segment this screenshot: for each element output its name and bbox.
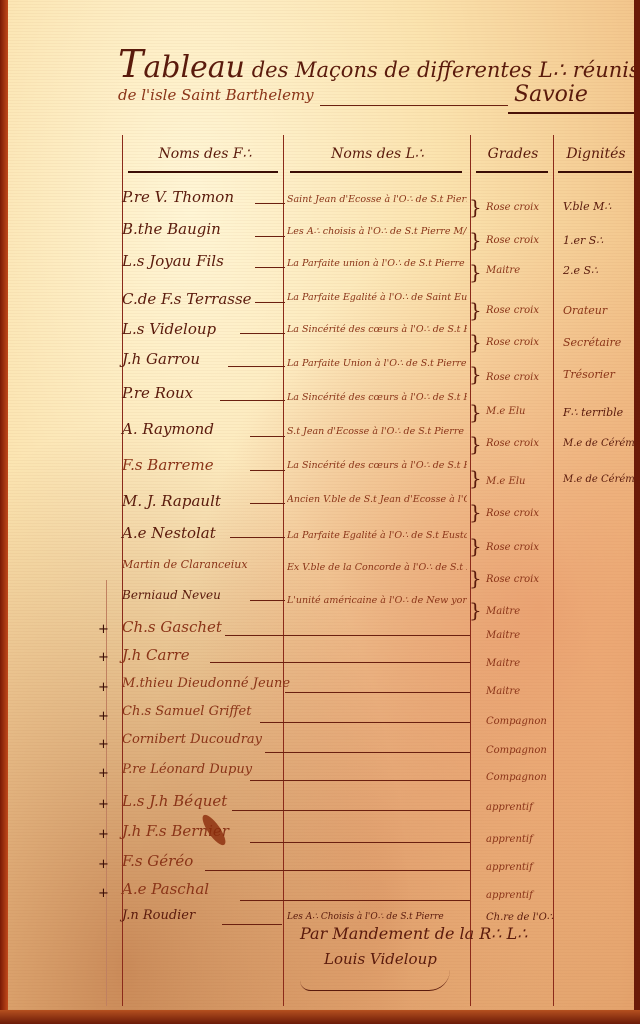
grade: Maitre — [486, 265, 520, 276]
brace: } — [469, 195, 482, 219]
dignity: M.e de Cérémo. — [563, 438, 634, 449]
lodge-name: S.t Jean d'Ecosse à l'O∴ de S.t Pierre M… — [287, 424, 467, 439]
plus-mark: + — [98, 650, 109, 665]
column-rule — [553, 135, 554, 1006]
grade: Ch.re de l'O∴ — [486, 912, 553, 923]
column-rule — [283, 135, 284, 1006]
page-edge — [0, 0, 8, 1024]
row-rule — [222, 924, 282, 925]
lodge-name: Ex V.ble de la Concorde à l'O∴ de S.t Eu… — [287, 560, 467, 575]
grade: apprentif — [486, 890, 533, 901]
header-underline — [290, 171, 462, 173]
grade: Compagnon — [486, 772, 547, 783]
brother-name: A.e Nestolat — [122, 524, 216, 542]
grade: Maitre — [486, 686, 520, 697]
lodge-name: La Sincérité des cœurs à l'O∴ de S.t Pie… — [287, 458, 467, 473]
divider — [320, 105, 508, 106]
grade: Rose croix — [486, 372, 539, 383]
brother-name: P.re V. Thomon — [122, 188, 234, 206]
grade: Maitre — [486, 630, 520, 641]
margin-rule — [106, 580, 107, 1006]
place-name: Savoie — [514, 82, 588, 107]
dignity: M.e de Cérémo. — [563, 474, 634, 485]
dignity: Secrétaire — [563, 336, 621, 349]
lodge-name: Ancien V.ble de S.t Jean d'Ecosse à l'O∴… — [287, 492, 467, 507]
row-rule — [250, 842, 470, 843]
grade: Maitre — [486, 606, 520, 617]
brace: } — [469, 500, 482, 524]
dignity: F∴ terrible — [563, 406, 623, 419]
brace: } — [469, 432, 482, 456]
grade: Maitre — [486, 658, 520, 669]
column-header-lodges: Noms des L∴ — [290, 146, 465, 162]
brother-name: Cornibert Ducoudray — [122, 732, 262, 747]
brother-name: L.s Joyau Fils — [122, 252, 224, 270]
row-rule — [250, 470, 285, 471]
dignity: Trésorier — [563, 368, 615, 381]
signature: Louis Videloup — [324, 950, 437, 968]
header-underline — [476, 171, 548, 173]
brother-name: Berniaud Neveu — [122, 588, 221, 602]
row-rule — [250, 600, 285, 601]
row-rule — [210, 662, 470, 663]
plus-mark: + — [98, 766, 109, 781]
grade: M.e Elu — [486, 406, 525, 417]
brother-name: A.e Paschal — [122, 880, 209, 898]
row-rule — [240, 900, 470, 901]
dignity: 2.e S∴ — [563, 264, 598, 277]
brace: } — [469, 534, 482, 558]
dignity: Orateur — [563, 304, 607, 317]
lodge-name: La Sincérité des cœurs à l'O∴ de S.t Pie… — [287, 322, 467, 337]
grade: Rose croix — [486, 574, 539, 585]
dignity: V.ble M∴ — [563, 200, 611, 213]
plus-mark: + — [98, 886, 109, 901]
document-subtitle: de l'isle Saint Barthelemy — [118, 86, 314, 104]
brother-name: Ch.s Samuel Griffet — [122, 704, 251, 719]
plus-mark: + — [98, 827, 109, 842]
brother-name: Ch.s Gaschet — [122, 618, 222, 636]
plus-mark: + — [98, 737, 109, 752]
brace: } — [469, 598, 482, 622]
mandate-text: Par Mandement de la R∴ L∴ — [300, 924, 527, 943]
brother-name: L.s J.h Béquet — [122, 792, 227, 810]
header-underline — [558, 171, 632, 173]
brother-name: L.s Videloup — [122, 320, 216, 338]
brother-name: J.h Carre — [122, 646, 190, 664]
lodge-name: Les A∴ choisis à l'O∴ de S.t Pierre M/qu… — [287, 224, 467, 239]
brother-name: M.thieu Dieudonné Jeune — [122, 676, 290, 691]
plus-mark: + — [98, 680, 109, 695]
grade: Rose croix — [486, 202, 539, 213]
brother-name: Martin de Claranceiux — [122, 558, 248, 571]
plus-mark: + — [98, 622, 109, 637]
grade: Rose croix — [486, 305, 539, 316]
plus-mark: + — [98, 709, 109, 724]
lodge-name: La Parfaite union à l'O∴ de S.t Pierre M… — [287, 256, 467, 271]
row-rule — [255, 236, 285, 237]
brace: } — [469, 362, 482, 386]
row-rule — [285, 692, 470, 693]
brother-name: J.n Roudier — [122, 908, 195, 923]
divider — [508, 112, 634, 114]
lodge-name: La Parfaite Egalité à l'O∴ de Saint Eust… — [287, 290, 467, 305]
column-header-brothers: Noms des F∴ — [130, 146, 280, 162]
brother-name: A. Raymond — [122, 420, 214, 438]
plus-mark: + — [98, 797, 109, 812]
brace: } — [469, 260, 482, 284]
grade: Compagnon — [486, 716, 547, 727]
brother-name: F.s Barreme — [122, 456, 214, 474]
lodge-name: Saint Jean d'Ecosse à l'O∴ de S.t Pierre… — [287, 192, 467, 207]
row-rule — [205, 870, 470, 871]
brace: } — [469, 298, 482, 322]
grade: Rose croix — [486, 542, 539, 553]
grade: apprentif — [486, 834, 533, 845]
grade: Rose croix — [486, 508, 539, 519]
brother-name: M. J. Rapault — [122, 492, 221, 510]
row-rule — [228, 366, 285, 367]
brother-name: C.de F.s Terrasse — [122, 290, 252, 308]
dignity: 1.er S∴ — [563, 234, 603, 247]
lodge-name: La Parfaite Union à l'O∴ de S.t Pierre M… — [287, 356, 467, 371]
manuscript-page: Tableau des Maçons de differentes L∴ réu… — [0, 0, 634, 1016]
grade: M.e Elu — [486, 476, 525, 487]
grade: Rose croix — [486, 438, 539, 449]
brace: } — [469, 228, 482, 252]
brother-name: P.re Roux — [122, 384, 193, 402]
lodge-name: Les A∴ Choisis à l'O∴ de S.t Pierre — [287, 910, 467, 925]
brace: } — [469, 330, 482, 354]
page-edge — [0, 1010, 640, 1024]
row-rule — [230, 537, 285, 538]
grade: Rose croix — [486, 337, 539, 348]
brother-name: B.the Baugin — [122, 220, 221, 238]
brother-name: P.re Léonard Dupuy — [122, 762, 252, 777]
row-rule — [255, 203, 285, 204]
brace: } — [469, 466, 482, 490]
grade: Rose croix — [486, 235, 539, 246]
row-rule — [250, 503, 285, 504]
row-rule — [260, 722, 470, 723]
row-rule — [250, 780, 470, 781]
brother-name: F.s Géréo — [122, 852, 193, 870]
document-title: Tableau des Maçons de differentes L∴ réu… — [118, 42, 634, 86]
grade: Compagnon — [486, 745, 547, 756]
row-rule — [250, 436, 285, 437]
column-header-grades: Grades — [474, 146, 552, 162]
lodge-name: L'unité américaine à l'O∴ de New york — [287, 593, 467, 608]
row-rule — [225, 635, 470, 636]
row-rule — [265, 752, 470, 753]
column-header-dignities: Dignités — [556, 146, 634, 162]
brace: } — [469, 400, 482, 424]
signature-flourish — [300, 970, 450, 991]
grade: apprentif — [486, 862, 533, 873]
row-rule — [255, 302, 285, 303]
row-rule — [232, 810, 470, 811]
lodge-name: La Sincérité des cœurs à l'O∴ de S.t Pie… — [287, 390, 467, 405]
brace: } — [469, 566, 482, 590]
grade: apprentif — [486, 802, 533, 813]
lodge-name: La Parfaite Egalité à l'O∴ de S.t Eustac… — [287, 528, 467, 543]
header-underline — [128, 171, 278, 173]
row-rule — [255, 267, 285, 268]
brother-name: J.h Garrou — [122, 350, 200, 368]
plus-mark: + — [98, 857, 109, 872]
row-rule — [240, 333, 285, 334]
row-rule — [220, 400, 285, 401]
